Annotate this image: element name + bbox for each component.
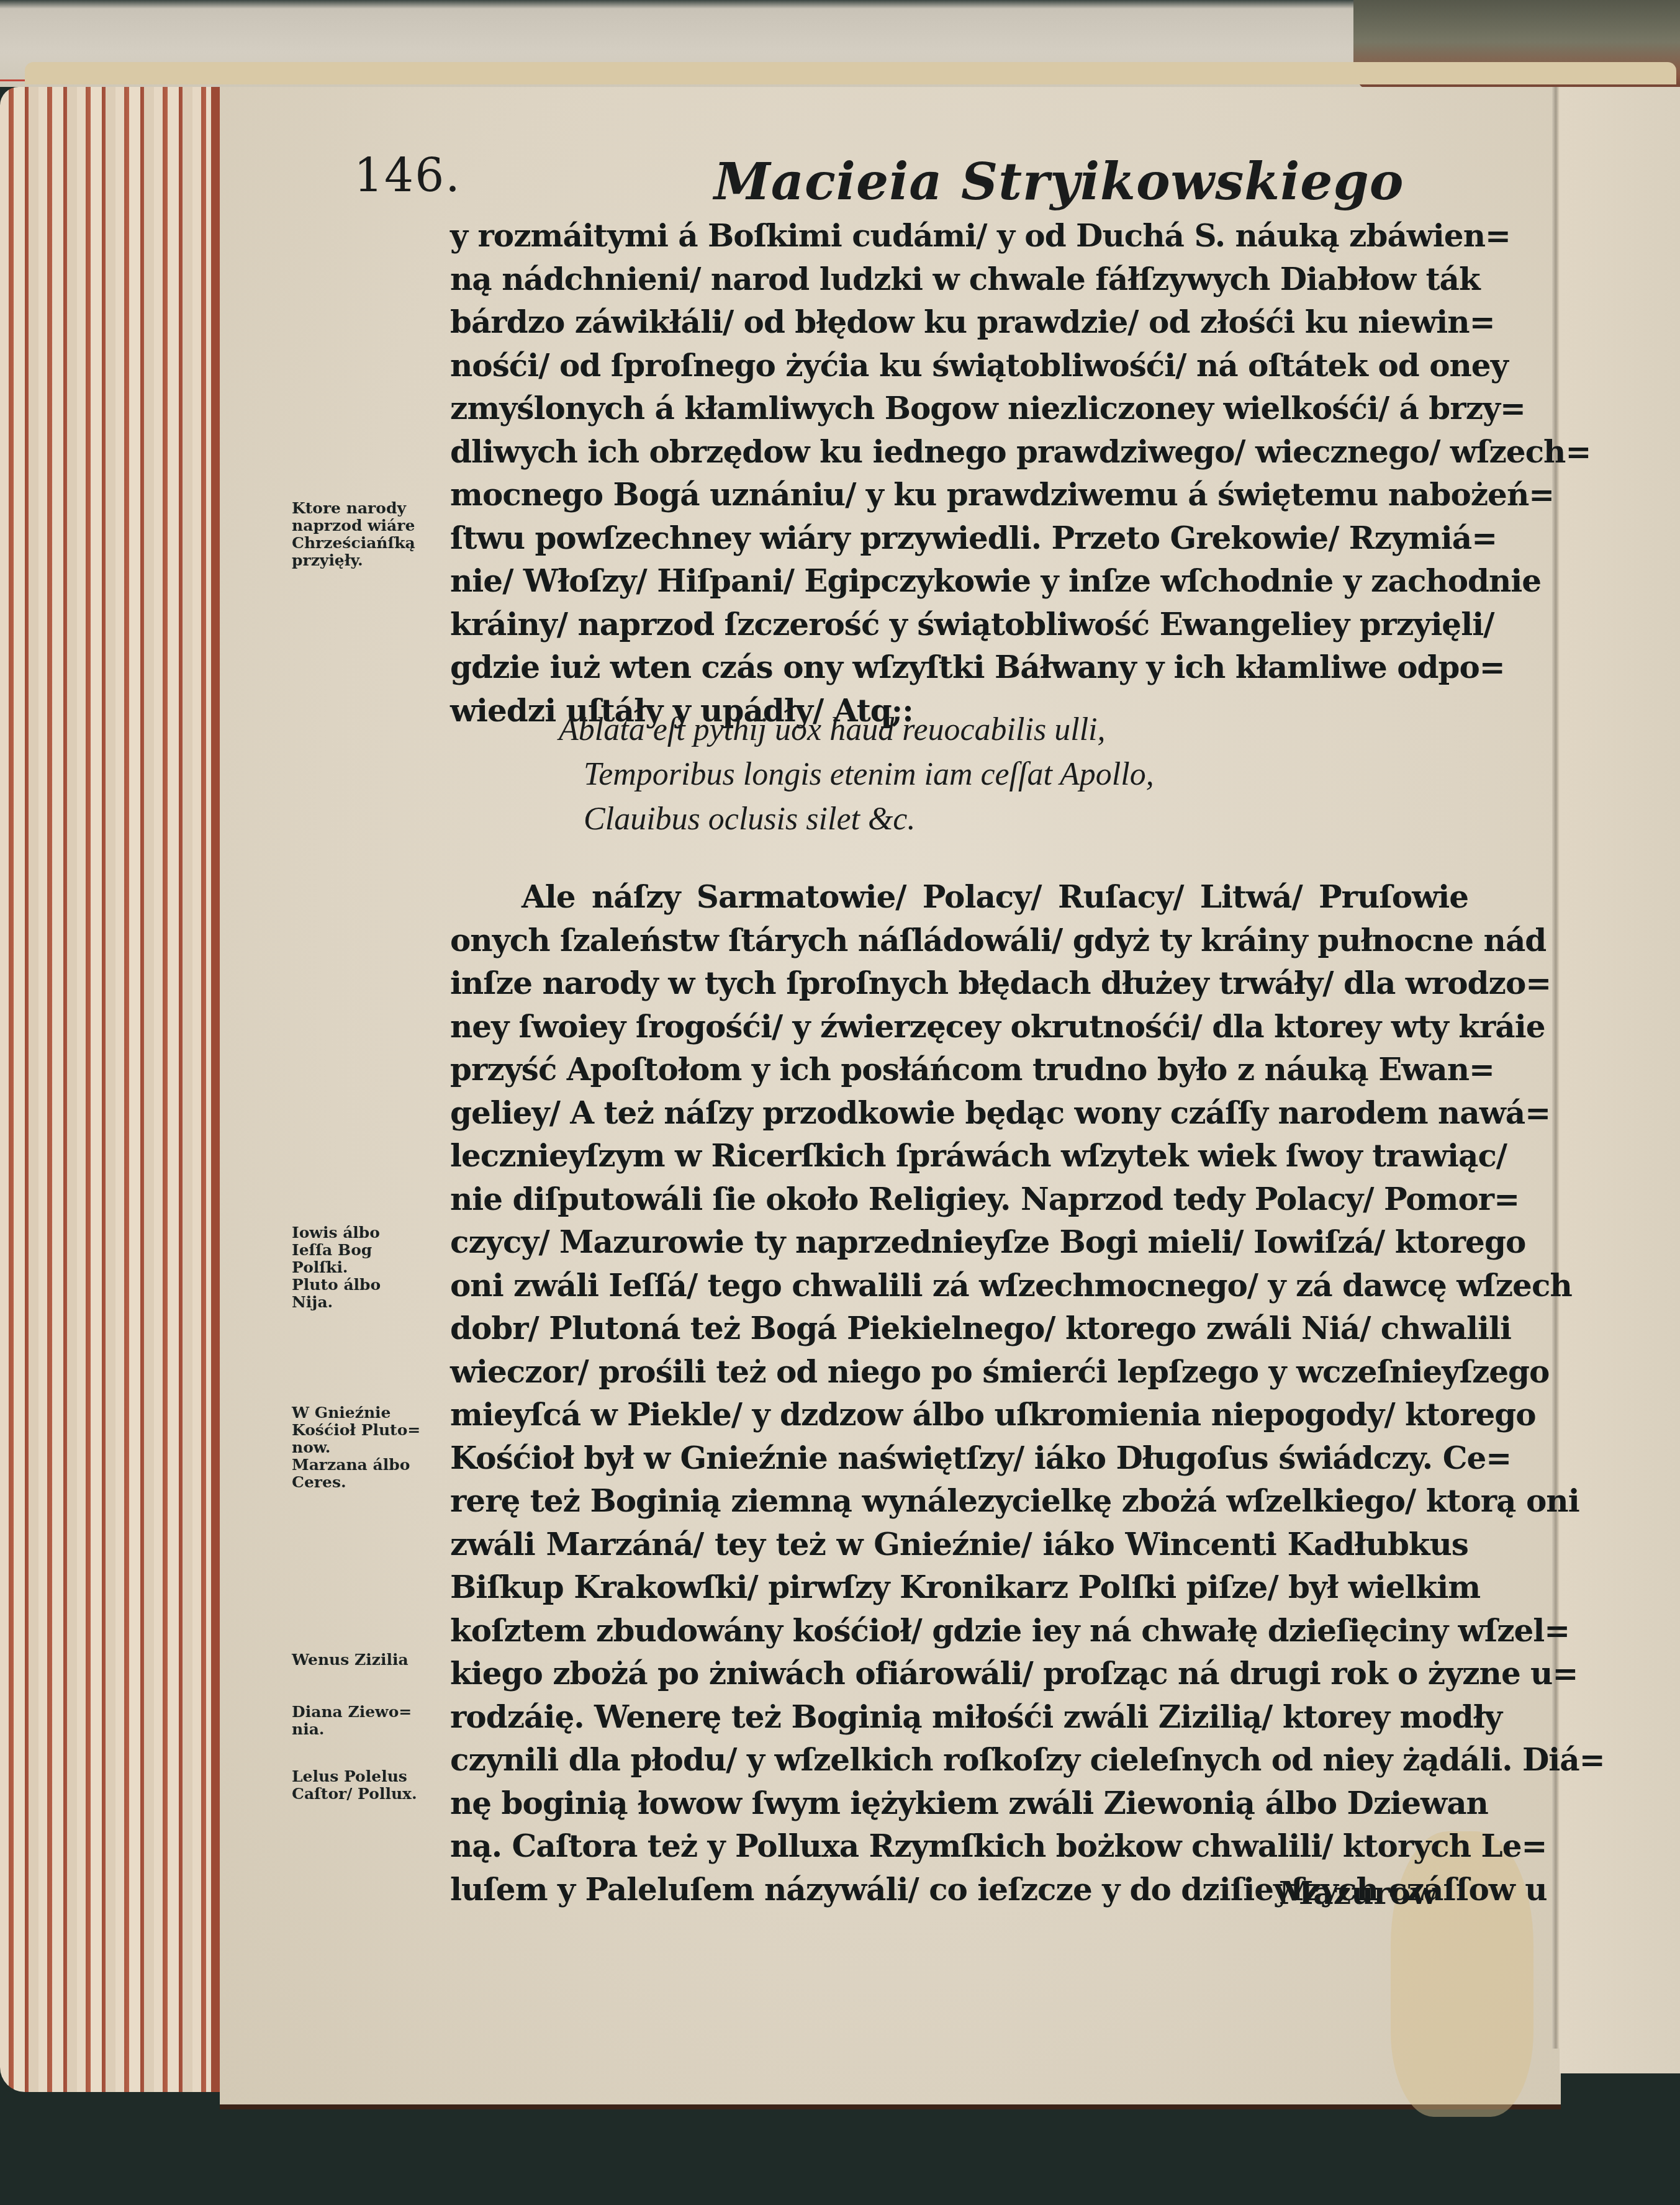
margin-note-line: now. xyxy=(292,1439,435,1456)
verse-line: Temporibus longis etenim iam ceſſat Apol… xyxy=(559,752,1154,797)
running-title: Macieia Stryikowskiego xyxy=(714,152,1404,212)
margin-note-line: Nija. xyxy=(292,1294,435,1311)
text-line: lecznieyſzym w Ricerſkich ſpráwách wſzyt… xyxy=(450,1134,1468,1178)
margin-note-line: Wenus Zizilia xyxy=(292,1651,435,1669)
text-line: kiego zbożá po żniwách ofiárowáli/ proſz… xyxy=(450,1652,1468,1695)
latin-verse-quotation: Ablata eſt pythij uox haud reuocabilis u… xyxy=(559,708,1154,842)
page-stack-red-edge xyxy=(211,87,220,2092)
margin-note: Ktore narody naprzod wiáre Chrześciańſką… xyxy=(292,500,435,569)
text-line: ney ſwoiey ſrogośći/ y źwierzęcey okrutn… xyxy=(450,1005,1468,1048)
paragraph-1: y rozmáitymi á Boſkimi cudámi/ y od Duch… xyxy=(450,214,1468,732)
margin-note-line: Polſki. xyxy=(292,1259,435,1276)
text-line: czycy/ Mazurowie ty naprzednieyſze Bogi … xyxy=(450,1220,1468,1264)
margin-note: Diana Ziewo= nia. xyxy=(292,1703,435,1738)
text-line: geliey/ A też náſzy przodkowie będąc won… xyxy=(450,1091,1468,1135)
text-line: ną. Caſtora też y Polluxa Rzymſkich bożk… xyxy=(450,1824,1468,1868)
text-line: mieyſcá w Piekle/ y dzdzow álbo uſkromie… xyxy=(450,1393,1468,1436)
text-line: nośći/ od ſproſnego żyćia ku świątobliwo… xyxy=(450,344,1468,387)
text-line: nie diſputowáli ſie około Religiey. Napr… xyxy=(450,1178,1468,1221)
text-line: mocnego Bogá uznániu/ y ku prawdziwemu á… xyxy=(450,473,1468,516)
margin-note-line: Caſtor/ Pollux. xyxy=(292,1785,435,1803)
text-line: Ale náſzy Sarmatowie/ Polacy/ Ruſacy/ Li… xyxy=(450,875,1468,919)
text-line: ſtwu powſzechney wiáry przywiedli. Przet… xyxy=(450,516,1468,560)
text-line: zwáli Marzáná/ tey też w Gnieźnie/ iáko … xyxy=(450,1523,1468,1566)
margin-note-line: nia. xyxy=(292,1721,435,1738)
text-line: inſze narody w tych ſproſnych błędach dł… xyxy=(450,962,1468,1005)
text-line: nę boginią łowow ſwym iężykiem zwáli Zie… xyxy=(450,1782,1468,1825)
text-line: nie/ Włoſzy/ Hiſpani/ Egipczykowie y inſ… xyxy=(450,559,1468,603)
margin-note: W Gnieźnie Kośćioł Pluto= now. xyxy=(292,1404,435,1456)
margin-note-line: W Gnieźnie xyxy=(292,1404,435,1422)
margin-note-line: Marzana álbo xyxy=(292,1456,435,1474)
margin-note-line: Lelus Polelus xyxy=(292,1768,435,1785)
text-line: gdzie iuż wten czás ony wſzyſtki Báłwany… xyxy=(450,646,1468,689)
text-line: dobr/ Plutoná też Bogá Piekielnego/ ktor… xyxy=(450,1307,1468,1350)
catchword: Mazurow xyxy=(1279,1875,1437,1911)
text-line: Biſkup Krakowſki/ pirwſzy Kronikarz Polſ… xyxy=(450,1566,1468,1609)
margin-note: Marzana álbo Ceres. xyxy=(292,1456,435,1491)
text-line: kráiny/ naprzod ſzczerość y świątobliwoś… xyxy=(450,603,1468,646)
text-line: czynili dla płodu/ y wſzelkich roſkoſzy … xyxy=(450,1738,1468,1782)
margin-note-line: Chrześciańſką xyxy=(292,534,435,552)
margin-note: Lelus Polelus Caſtor/ Pollux. xyxy=(292,1768,435,1803)
text-line: bárdzo záwikłáli/ od błędow ku prawdzie/… xyxy=(450,300,1468,344)
margin-note-line: przyięły. xyxy=(292,552,435,569)
verse-line: Clauibus oclusis silet &c. xyxy=(559,797,1154,842)
verse-line: Ablata eſt pythij uox haud reuocabilis u… xyxy=(559,708,1154,752)
margin-note: Iowis álbo Ieſſa Bog Polſki. Pluto álbo … xyxy=(292,1224,435,1311)
text-line: dliwych ich obrzędow ku iednego prawdziw… xyxy=(450,430,1468,474)
text-line: rerę też Boginią ziemną wynálezycielkę z… xyxy=(450,1479,1468,1523)
margin-note-line: naprzod wiáre xyxy=(292,517,435,534)
margin-note-line: Ktore narody xyxy=(292,500,435,517)
text-line: oni zwáli Ieſſá/ tego chwalili zá wſzech… xyxy=(450,1264,1468,1307)
text-line: rodzáię. Wenerę też Boginią miłośći zwál… xyxy=(450,1695,1468,1739)
text-line: zmyślonych á kłamliwych Bogow niezliczon… xyxy=(450,387,1468,430)
text-line: wieczor/ prośili też od niego po śmierći… xyxy=(450,1350,1468,1394)
margin-note-line: Diana Ziewo= xyxy=(292,1703,435,1721)
text-line: ną nádchnieni/ narod ludzki w chwale fáł… xyxy=(450,258,1468,301)
margin-note-line: Ieſſa Bog xyxy=(292,1242,435,1259)
text-line: Kośćioł był w Gnieźnie naświętſzy/ iáko … xyxy=(450,1436,1468,1480)
margin-note-line: Pluto álbo xyxy=(292,1276,435,1294)
paragraph-2: Ale náſzy Sarmatowie/ Polacy/ Ruſacy/ Li… xyxy=(450,875,1468,1911)
page-number: 146. xyxy=(354,149,461,202)
margin-note-line: Ceres. xyxy=(292,1474,435,1491)
text-line: onych ſzaleństw ſtárych náſládowáli/ gdy… xyxy=(450,919,1468,962)
margin-note: Wenus Zizilia xyxy=(292,1651,435,1669)
book-top-edge xyxy=(25,62,1676,84)
margin-note-line: Iowis álbo xyxy=(292,1224,435,1242)
text-line: przyść Apoſtołom y ich posłáńcom trudno … xyxy=(450,1048,1468,1091)
text-line: koſztem zbudowány kośćioł/ gdzie iey ná … xyxy=(450,1609,1468,1653)
text-line: y rozmáitymi á Boſkimi cudámi/ y od Duch… xyxy=(450,214,1468,258)
page-stack-fore-edge xyxy=(0,87,224,2092)
margin-note-line: Kośćioł Pluto= xyxy=(292,1422,435,1439)
